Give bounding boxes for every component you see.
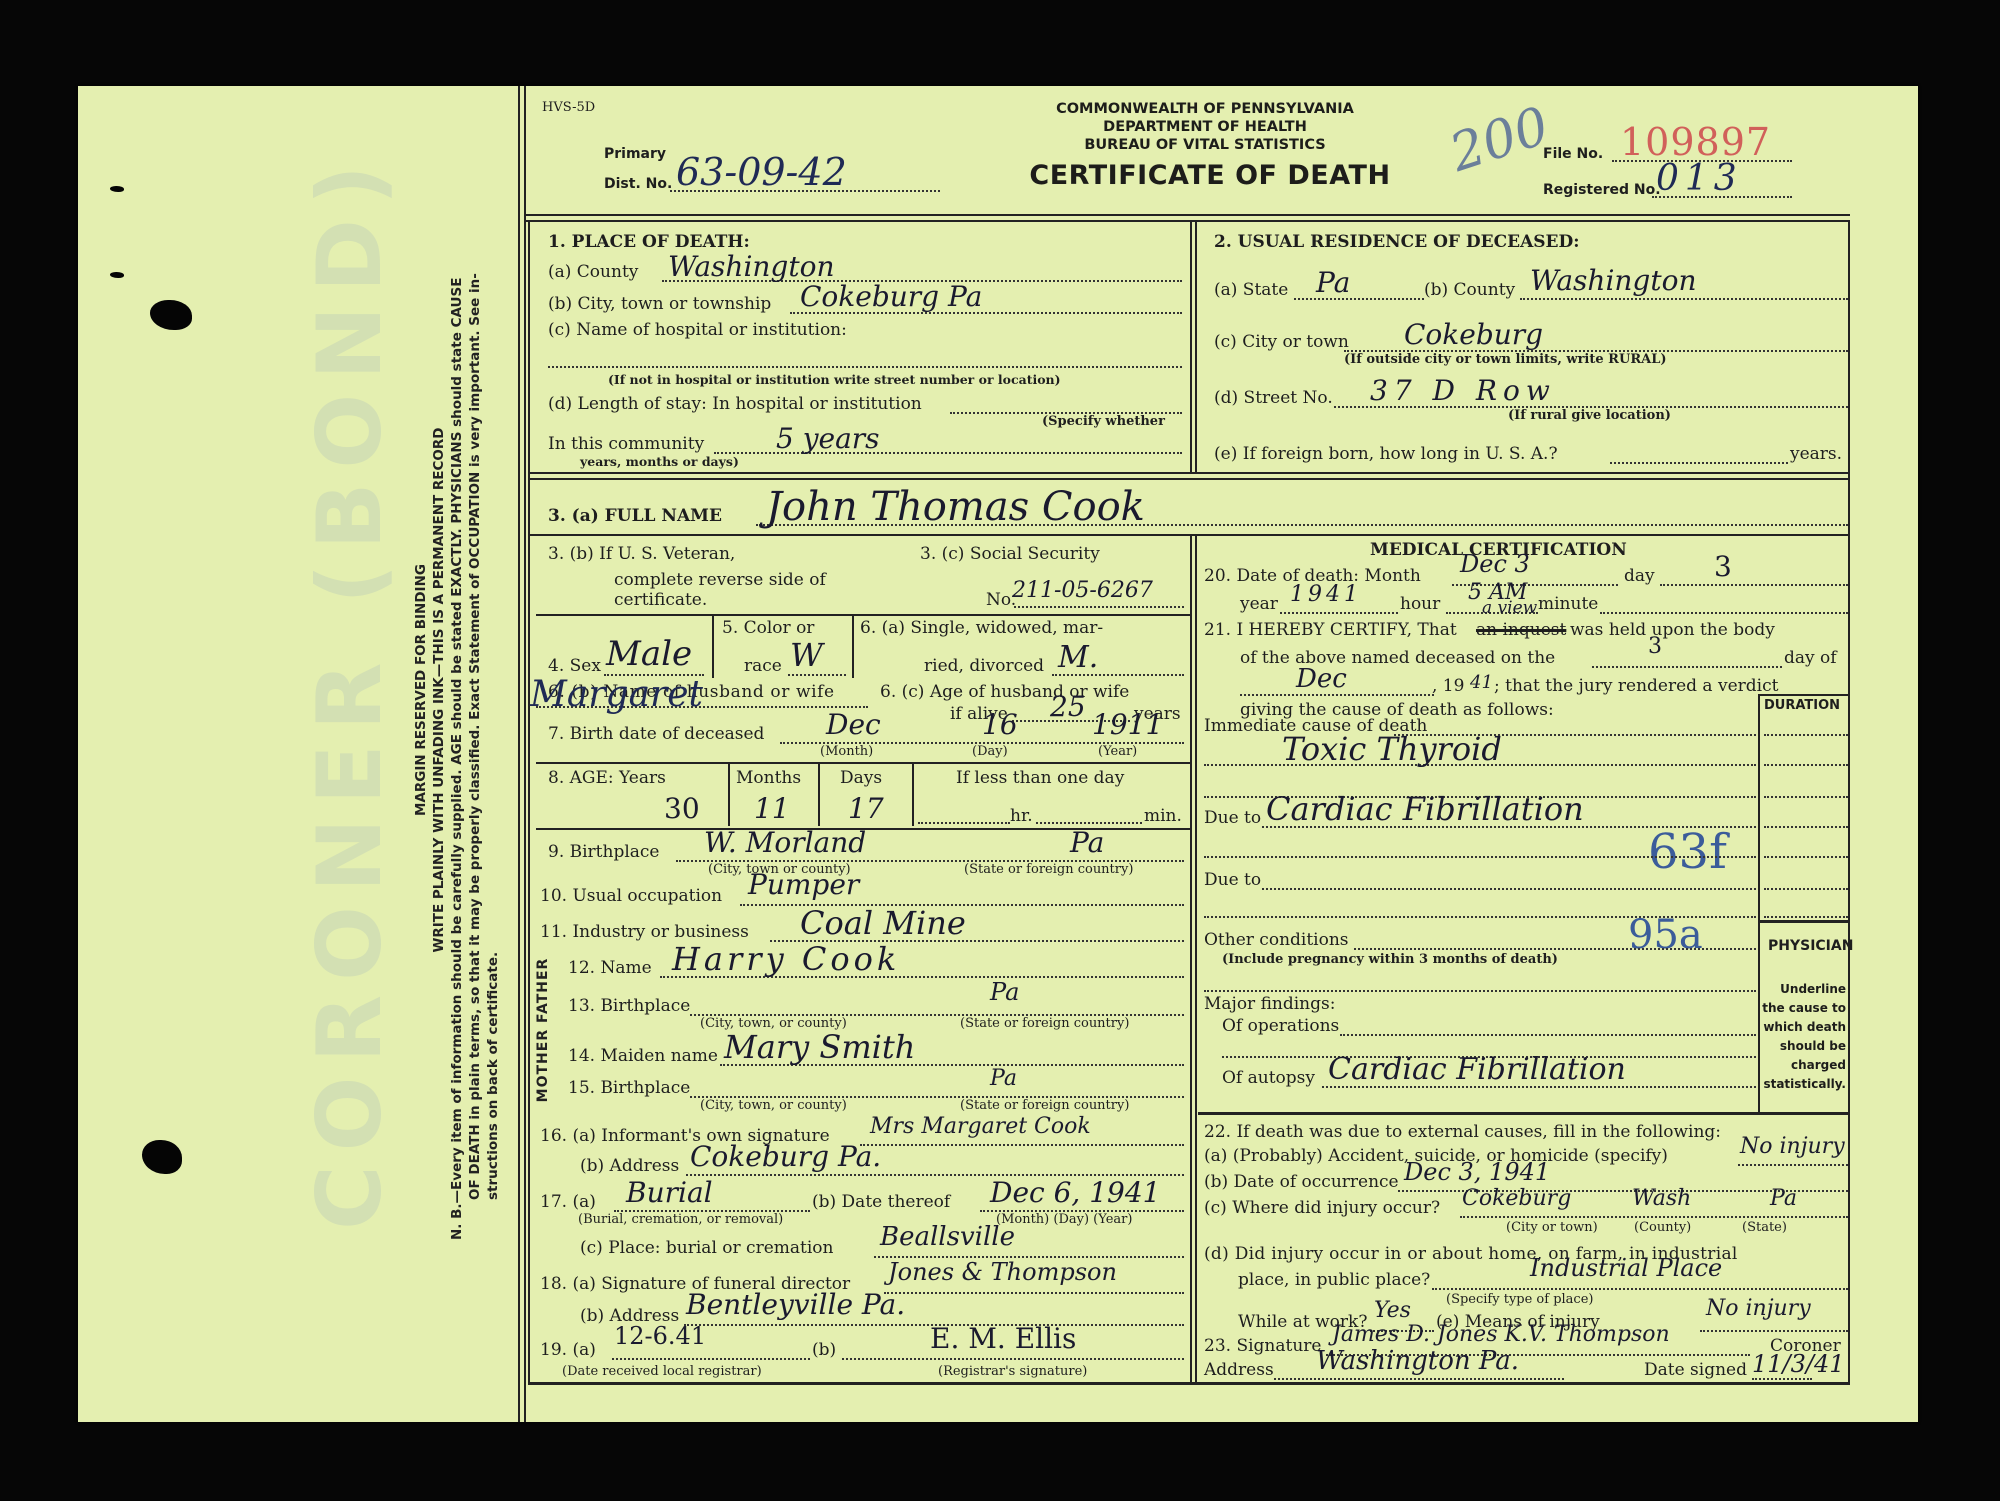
mother-birth-label: 15. Birthplace bbox=[568, 1078, 690, 1098]
stay-label: (d) Length of stay: In hospital or insti… bbox=[548, 394, 922, 414]
inquest-day-dots bbox=[1592, 666, 1782, 668]
duration-dots-1 bbox=[1764, 734, 1848, 736]
res-city-value: Cokeburg bbox=[1404, 318, 1543, 351]
duration-dots-2 bbox=[1764, 764, 1848, 766]
margin-line-4: OF DEATH in plain terms, so that it may … bbox=[466, 140, 484, 1240]
ss-dots bbox=[1014, 606, 1184, 608]
margin-line-3: N. B.—Every item of information should b… bbox=[448, 140, 466, 1240]
autopsy-label: Of autopsy bbox=[1222, 1068, 1315, 1088]
birth-year-hint: (Year) bbox=[1098, 744, 1137, 759]
burial-place-value: Beallsville bbox=[880, 1222, 1015, 1252]
veteran-label-1: 3. (b) If U. S. Veteran, bbox=[548, 544, 735, 564]
father-side-label: FATHER bbox=[535, 958, 551, 1023]
duration-dots-3 bbox=[1764, 796, 1848, 798]
coroner-addr-label: Address bbox=[1204, 1360, 1274, 1380]
box-left bbox=[528, 222, 530, 1384]
birth-label: 7. Birth date of deceased bbox=[548, 724, 764, 744]
age-days-label: Days bbox=[840, 768, 882, 788]
box-right bbox=[1848, 222, 1850, 1384]
external-c-hint-county: (County) bbox=[1634, 1220, 1691, 1235]
spouse-age-label: 6. (c) Age of husband or wife bbox=[880, 682, 1129, 702]
stat-code-1: 63f bbox=[1648, 824, 1727, 880]
city-label: (b) City, town or township bbox=[548, 294, 771, 314]
sex-value: Male bbox=[606, 634, 692, 674]
birth-month: Dec bbox=[826, 708, 881, 741]
res-foreign-dots bbox=[1610, 462, 1788, 464]
due-to-value-1: Cardiac Fibrillation bbox=[1266, 790, 1584, 828]
community-value: 5 years bbox=[776, 422, 880, 455]
external-d-dots bbox=[1432, 1288, 1848, 1290]
res-street-hint: (If rural give location) bbox=[1508, 408, 1671, 423]
informant-sig-dots bbox=[860, 1144, 1184, 1146]
edge-tear bbox=[110, 272, 124, 278]
autopsy-value: Cardiac Fibrillation bbox=[1328, 1052, 1626, 1087]
informant-addr-label: (b) Address bbox=[580, 1156, 679, 1176]
external-c-label: (c) Where did injury occur? bbox=[1204, 1198, 1440, 1218]
birthplace-state: Pa bbox=[1070, 826, 1104, 859]
sex-race-divider bbox=[712, 616, 714, 678]
full-name-label: 3. (a) FULL NAME bbox=[548, 506, 722, 526]
hospital-dots bbox=[548, 366, 1182, 368]
file-label: File No. bbox=[1543, 146, 1603, 162]
informant-sig-value: Mrs Margaret Cook bbox=[870, 1114, 1091, 1139]
external-b-value: Dec 3, 1941 bbox=[1404, 1158, 1550, 1186]
res-foreign-suffix: years. bbox=[1790, 444, 1842, 464]
mother-birth-state: Pa bbox=[990, 1066, 1017, 1091]
birth-day-hint: (Day) bbox=[972, 744, 1008, 759]
age-div-1 bbox=[728, 764, 730, 826]
less-day-label: If less than one day bbox=[956, 768, 1124, 788]
age-years: 30 bbox=[664, 792, 700, 825]
industry-value: Coal Mine bbox=[800, 904, 966, 942]
registrar-sig: E. M. Ellis bbox=[930, 1322, 1076, 1355]
certify-label: 21. I HEREBY CERTIFY, That bbox=[1204, 620, 1457, 640]
community-hint: years, months or days) bbox=[580, 454, 739, 469]
father-name-label: 12. Name bbox=[568, 958, 652, 978]
external-d-hint: (Specify type of place) bbox=[1446, 1292, 1593, 1307]
registrar-prefix: 19. (a) bbox=[540, 1340, 596, 1360]
father-birth-state: Pa bbox=[990, 978, 1019, 1006]
residence-heading: 2. USUAL RESIDENCE OF DECEASED: bbox=[1214, 232, 1580, 252]
county-value: Washington bbox=[668, 250, 835, 283]
stat-code-2: 95a bbox=[1628, 912, 1703, 958]
agency-line-3: BUREAU OF VITAL STATISTICS bbox=[990, 136, 1420, 154]
min-dots bbox=[1036, 822, 1142, 824]
race-value: W bbox=[790, 636, 823, 674]
registrar-b: (b) bbox=[812, 1340, 836, 1360]
rule-external-top bbox=[1198, 1112, 1848, 1115]
hr-label: hr. bbox=[1010, 806, 1033, 826]
burial-date-label: (b) Date thereof bbox=[812, 1192, 950, 1212]
res-street-value: 37 D Row bbox=[1370, 374, 1556, 407]
marital-value: M. bbox=[1058, 640, 1098, 675]
due-to-label-1: Due to bbox=[1204, 808, 1261, 828]
form-code: HVS-5D bbox=[542, 100, 595, 115]
verdict-label: ; that the jury rendered a verdict bbox=[1494, 676, 1778, 696]
rule-name-top bbox=[528, 472, 1850, 474]
due-blank-dots-2 bbox=[1204, 856, 1756, 858]
external-a-value: No injury bbox=[1740, 1134, 1845, 1159]
registrar-date: 12-6.41 bbox=[614, 1322, 706, 1350]
res-city-hint: (If outside city or town limits, write R… bbox=[1344, 352, 1667, 367]
age-div-2 bbox=[818, 764, 820, 826]
race-marital-divider bbox=[852, 616, 854, 678]
mother-side-label: MOTHER bbox=[535, 1029, 551, 1102]
agency-line-1: COMMONWEALTH OF PENNSYLVANIA bbox=[990, 100, 1420, 118]
external-a-dots bbox=[1738, 1164, 1848, 1166]
father-state-hint: (State or foreign country) bbox=[960, 1016, 1129, 1031]
sex-label: 4. Sex bbox=[548, 656, 601, 676]
rule-name-top-2 bbox=[528, 478, 1850, 480]
due-to-label-2: Due to bbox=[1204, 870, 1261, 890]
birthplace-state-hint: (State or foreign country) bbox=[964, 862, 1133, 877]
res-state-dots bbox=[1294, 298, 1424, 300]
duration-divider bbox=[1758, 694, 1760, 1114]
funeral-director-value: Jones & Thompson bbox=[888, 1258, 1117, 1286]
external-heading: 22. If death was due to external causes,… bbox=[1204, 1122, 1721, 1142]
dod-hour-label: hour bbox=[1400, 594, 1440, 614]
duration-top bbox=[1758, 694, 1848, 696]
margin-line-1: MARGIN RESERVED FOR BINDING bbox=[412, 140, 430, 1240]
place-of-death-heading: 1. PLACE OF DEATH: bbox=[548, 232, 750, 252]
veteran-label-3: certificate. bbox=[614, 590, 707, 610]
informant-addr-value: Cokeburg Pa. bbox=[690, 1140, 881, 1173]
dod-minute-label: minute bbox=[1538, 594, 1598, 614]
dod-day-dots bbox=[1660, 584, 1848, 586]
divider-bottom bbox=[1190, 536, 1192, 1382]
race-dots bbox=[788, 674, 846, 676]
external-d-label-2: place, in public place? bbox=[1238, 1270, 1430, 1290]
marital-label-2: ried, divorced bbox=[924, 656, 1044, 676]
parents-side-label: MOTHER FATHER bbox=[534, 950, 552, 1110]
registered-label: Registered No. bbox=[1543, 182, 1661, 198]
box-bottom bbox=[528, 1382, 1850, 1385]
age-months-label: Months bbox=[736, 768, 801, 788]
external-b-label: (b) Date of occurrence bbox=[1204, 1172, 1399, 1192]
external-d-value: Industrial Place bbox=[1530, 1254, 1722, 1282]
coroner-addr-dots bbox=[1274, 1378, 1564, 1380]
mother-city-hint: (City, town, or county) bbox=[700, 1098, 847, 1113]
dod-year-label: year bbox=[1240, 594, 1278, 614]
res-county-dots bbox=[1520, 298, 1848, 300]
res-city-label: (c) City or town bbox=[1214, 332, 1349, 352]
burial-place-label: (c) Place: burial or cremation bbox=[580, 1238, 833, 1258]
primary-label: Primary bbox=[604, 146, 666, 162]
coroner-sig-label: 23. Signature bbox=[1204, 1336, 1321, 1356]
mother-state-hint: (State or foreign country) bbox=[960, 1098, 1129, 1113]
date-signed-label: Date signed bbox=[1644, 1360, 1747, 1380]
work-value: Yes bbox=[1374, 1298, 1411, 1323]
findings-label: Major findings: bbox=[1204, 994, 1335, 1014]
rule-age-top bbox=[536, 762, 1190, 764]
birthplace-label: 9. Birthplace bbox=[548, 842, 660, 862]
form-border-left bbox=[518, 86, 520, 1422]
burial-date-value: Dec 6, 1941 bbox=[990, 1176, 1160, 1209]
certify-rest: was held upon the body bbox=[1570, 620, 1775, 640]
findings-blank-dots bbox=[1204, 990, 1756, 992]
coroner-addr-value: Washington Pa. bbox=[1316, 1346, 1519, 1376]
city-value: Cokeburg Pa bbox=[800, 280, 982, 313]
external-c-dots bbox=[1460, 1216, 1848, 1218]
spouse-value: Margaret bbox=[530, 674, 703, 715]
res-state-label: (a) State bbox=[1214, 280, 1288, 300]
spouse-age-value: 25 bbox=[1050, 690, 1086, 723]
age-years-label: 8. AGE: Years bbox=[548, 768, 666, 788]
res-state-value: Pa bbox=[1316, 266, 1350, 299]
inquest-day: 3 bbox=[1648, 634, 1662, 659]
edge-tear bbox=[110, 186, 124, 192]
ss-value: 211-05-6267 bbox=[1012, 578, 1153, 603]
county-label: (a) County bbox=[548, 262, 638, 282]
mother-name-label: 14. Maiden name bbox=[568, 1046, 718, 1066]
father-name-value: Harry Cook bbox=[672, 940, 900, 978]
divider-top-2 bbox=[1195, 222, 1197, 472]
disposition-prefix: 17. (a) bbox=[540, 1192, 596, 1212]
occupation-value: Pumper bbox=[748, 868, 859, 901]
physician-label: PHYSICIAN bbox=[1768, 938, 1853, 954]
external-c-hint-state: (State) bbox=[1742, 1220, 1787, 1235]
other-hint: (Include pregnancy within 3 months of de… bbox=[1222, 952, 1558, 967]
deceased-label: of the above named deceased on the bbox=[1240, 648, 1555, 668]
dod-day: 3 bbox=[1714, 550, 1732, 583]
dod-minute-dots bbox=[1600, 612, 1848, 614]
industry-label: 11. Industry or business bbox=[540, 922, 749, 942]
hospital-hint: (If not in hospital or institution write… bbox=[608, 372, 1061, 387]
header-rule-2 bbox=[526, 220, 1850, 222]
operations-label: Of operations bbox=[1222, 1016, 1339, 1036]
date-signed-value: 11/3/41 bbox=[1752, 1350, 1845, 1378]
dod-year: 1941 bbox=[1290, 582, 1362, 607]
page-title: CERTIFICATE OF DEATH bbox=[1000, 160, 1420, 191]
external-c-county: Wash bbox=[1632, 1186, 1691, 1211]
age-days: 17 bbox=[848, 792, 884, 825]
ss-label: 3. (c) Social Security bbox=[920, 544, 1100, 564]
disposition-hint: (Burial, cremation, or removal) bbox=[578, 1212, 783, 1227]
other-dots bbox=[1354, 948, 1756, 950]
birth-day: 16 bbox=[982, 708, 1018, 741]
birth-month-hint: (Month) bbox=[820, 744, 873, 759]
rule-veteran-bottom bbox=[536, 614, 1190, 616]
certify-struck: an inquest bbox=[1476, 620, 1566, 640]
certify-insert: a view bbox=[1482, 598, 1537, 618]
registrar-date-hint: (Date received local registrar) bbox=[562, 1364, 762, 1379]
res-foreign-label: (e) If foreign born, how long in U. S. A… bbox=[1214, 444, 1558, 464]
dist-value: 63-09-42 bbox=[676, 150, 847, 194]
margin-instructions: MARGIN RESERVED FOR BINDING WRITE PLAINL… bbox=[412, 140, 502, 1240]
header-rule bbox=[526, 214, 1850, 216]
physician-note: Underline the cause to which death shoul… bbox=[1762, 980, 1846, 1094]
res-county-value: Washington bbox=[1530, 264, 1697, 297]
margin-line-2: WRITE PLAINLY WITH UNFADING INK—THIS IS … bbox=[430, 140, 448, 1240]
age-div-3 bbox=[912, 764, 914, 826]
res-street-label: (d) Street No. bbox=[1214, 388, 1333, 408]
birth-year: 1911 bbox=[1092, 708, 1163, 741]
birthplace-city: W. Morland bbox=[704, 826, 866, 859]
duration-dots-7 bbox=[1764, 916, 1848, 918]
min-label: min. bbox=[1144, 806, 1182, 826]
dod-year-dots bbox=[1280, 612, 1398, 614]
divider-bottom-2 bbox=[1195, 536, 1197, 1382]
inquest-month: Dec bbox=[1296, 664, 1347, 694]
marital-label-1: 6. (a) Single, widowed, mar- bbox=[860, 618, 1103, 638]
divider-top bbox=[1190, 222, 1192, 472]
stay-hint: (Specify whether bbox=[1042, 414, 1165, 429]
burial-date-hint: (Month) (Day) (Year) bbox=[996, 1212, 1132, 1227]
funeral-director-dots bbox=[884, 1292, 1184, 1294]
mother-name-value: Mary Smith bbox=[724, 1028, 915, 1066]
agency-line-2: DEPARTMENT OF HEALTH bbox=[990, 118, 1420, 136]
hr-dots bbox=[918, 822, 1010, 824]
other-label: Other conditions bbox=[1204, 930, 1349, 950]
agency-block: COMMONWEALTH OF PENNSYLVANIA DEPARTMENT … bbox=[990, 100, 1420, 154]
physician-top bbox=[1760, 920, 1848, 923]
dod-day-label: day bbox=[1624, 566, 1655, 586]
age-months: 11 bbox=[754, 792, 790, 825]
day-of-label: day of bbox=[1784, 648, 1837, 668]
registrar-sig-dots bbox=[842, 1358, 1184, 1360]
hospital-label: (c) Name of hospital or institution: bbox=[548, 320, 847, 340]
registered-value: 013 bbox=[1656, 158, 1743, 199]
duration-dots-5 bbox=[1764, 856, 1848, 858]
duration-label: DURATION bbox=[1764, 698, 1840, 713]
race-label: race bbox=[744, 656, 782, 676]
immediate-value: Toxic Thyroid bbox=[1282, 730, 1502, 768]
community-label: In this community bbox=[548, 434, 704, 454]
dist-label: Dist. No. bbox=[604, 176, 672, 192]
duration-dots-6 bbox=[1764, 888, 1848, 890]
external-c-city: Cokeburg bbox=[1462, 1186, 1571, 1211]
occupation-label: 10. Usual occupation bbox=[540, 886, 722, 906]
rule-name-bottom bbox=[528, 534, 1850, 536]
external-c-state: Pa bbox=[1770, 1186, 1797, 1211]
faint-stamp: CORONER (BOND) bbox=[298, 151, 401, 1230]
father-birth-label: 13. Birthplace bbox=[568, 996, 690, 1016]
registrar-date-dots bbox=[612, 1358, 810, 1360]
due-to-dots-2 bbox=[1262, 888, 1756, 890]
coroner-sig-value: James D. Jones K.V. Thompson bbox=[1332, 1322, 1670, 1347]
operations-dots bbox=[1340, 1034, 1756, 1036]
inquest-year: 41 bbox=[1470, 672, 1493, 693]
inquest-month-dots bbox=[1240, 694, 1434, 696]
duration-dots-4 bbox=[1764, 826, 1848, 828]
inquest-year-prefix: , 19 bbox=[1432, 676, 1464, 696]
external-c-hint-city: (City or town) bbox=[1506, 1220, 1598, 1235]
fd-addr-value: Bentleyville Pa. bbox=[686, 1288, 905, 1321]
date-signed-dots bbox=[1752, 1378, 1812, 1380]
veteran-label-2: complete reverse side of bbox=[614, 570, 826, 590]
color-label: 5. Color or bbox=[722, 618, 814, 638]
dod-month: Dec 3 bbox=[1460, 550, 1530, 578]
margin-line-5: structions on back of certificate. bbox=[484, 140, 502, 1240]
disposition-value: Burial bbox=[626, 1176, 713, 1209]
means-dots bbox=[1700, 1330, 1848, 1332]
full-name-value: John Thomas Cook bbox=[766, 484, 1145, 530]
form-border-left-inner bbox=[524, 86, 526, 1422]
means-value: No injury bbox=[1706, 1296, 1811, 1321]
registrar-sig-hint: (Registrar's signature) bbox=[938, 1364, 1087, 1379]
res-county-label: (b) County bbox=[1424, 280, 1515, 300]
